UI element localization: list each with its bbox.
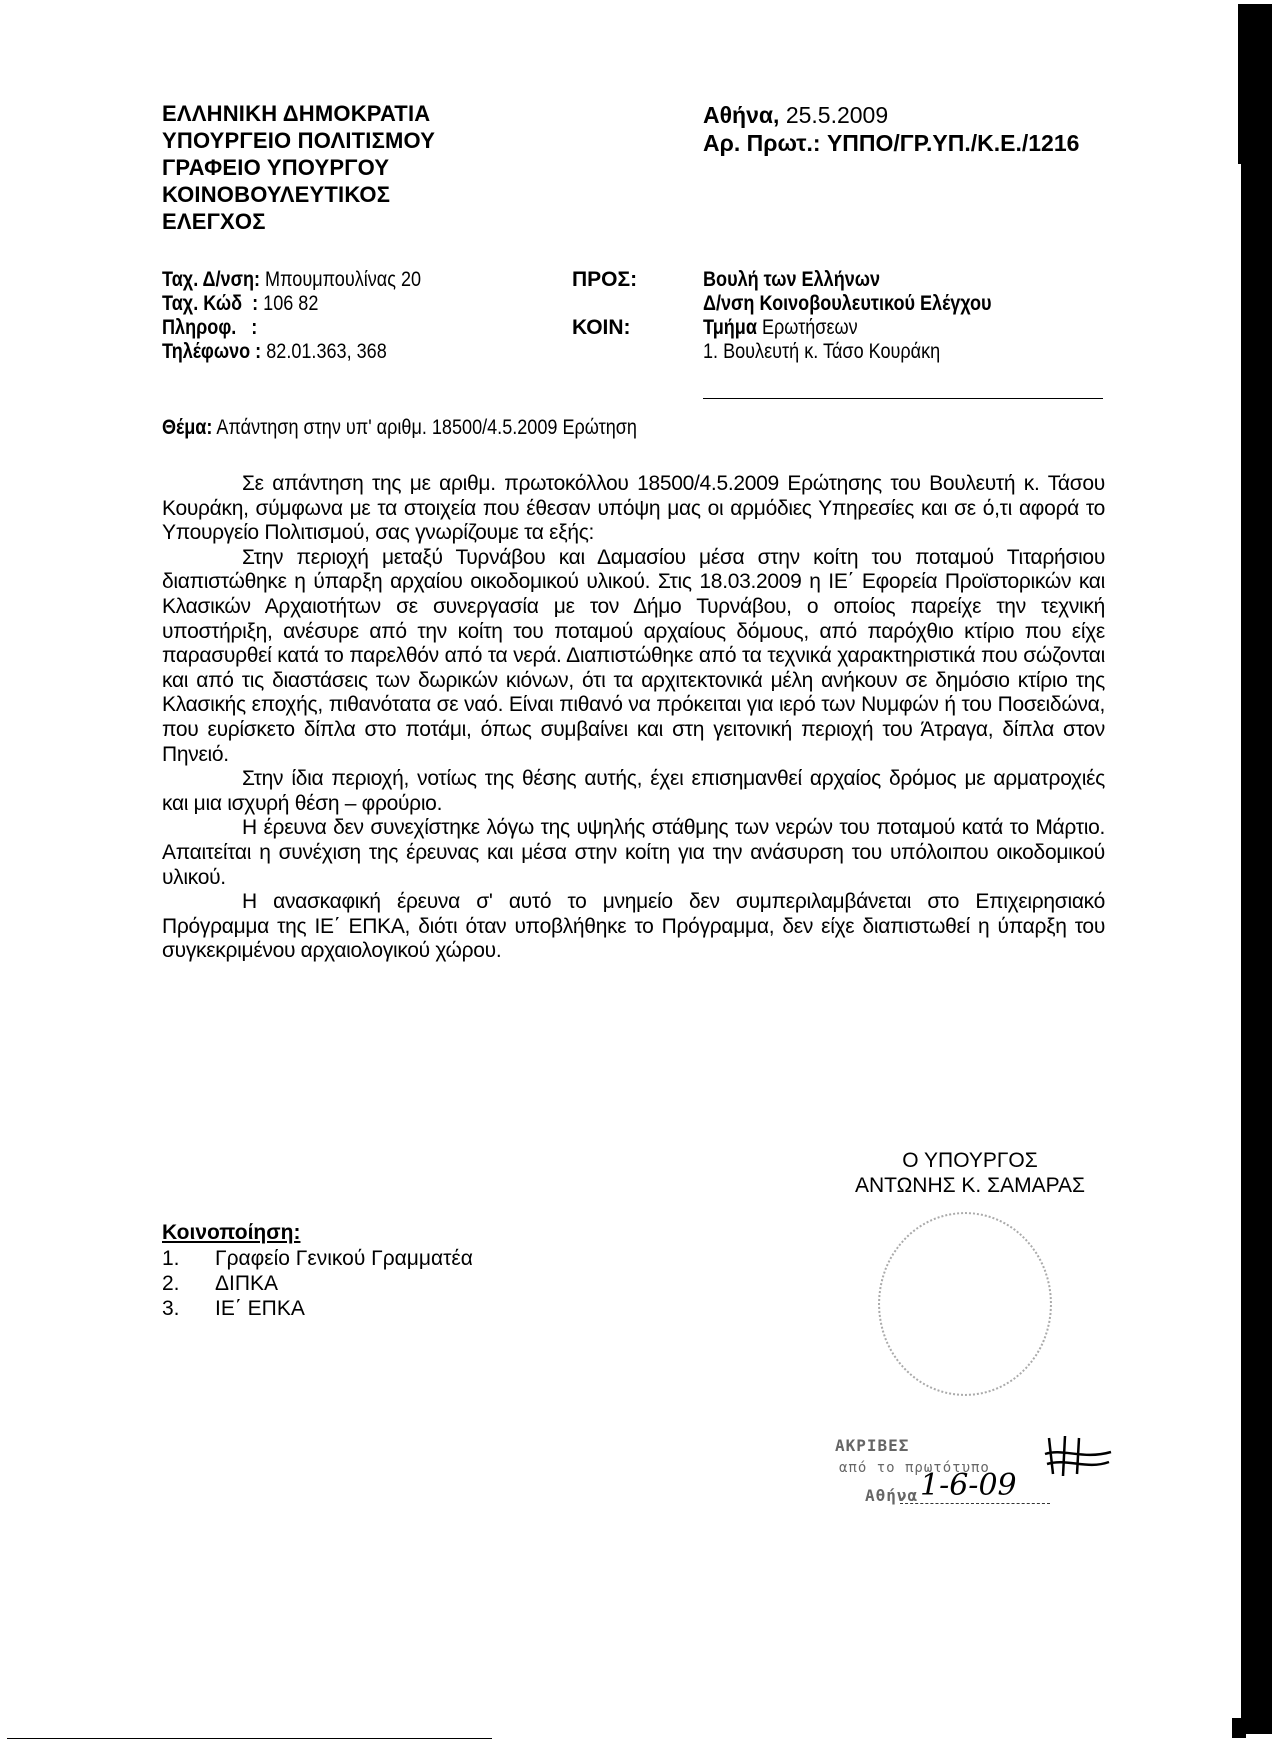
scan-corner: [1232, 1718, 1246, 1738]
signature-block: Ο ΥΠΟΥΡΓΟΣ ΑΝΤΩΝΗΣ Κ. ΣΑΜΑΡΑΣ: [820, 1148, 1120, 1198]
stamp-line-1: ΑΚΡΙΒΕΣ: [835, 1436, 909, 1455]
info-label: Πληροφ. :: [162, 316, 257, 339]
signature-title: Ο ΥΠΟΥΡΓΟΣ: [820, 1148, 1120, 1173]
dateline: Αθήνα, 25.5.2009 Αρ. Πρωτ.: ΥΠΠΟ/ΓΡ.ΥΠ./…: [703, 101, 1079, 157]
signature-name: ΑΝΤΩΝΗΣ Κ. ΣΑΜΑΡΑΣ: [820, 1173, 1120, 1198]
contact-block: Ταχ. Δ/νση: Μπουμπουλίνας 20 Ταχ. Κώδ : …: [162, 268, 542, 364]
subject-label: Θέμα:: [162, 416, 212, 439]
body-paragraph: Η έρευνα δεν συνεχίστηκε λόγω της υψηλής…: [162, 816, 1105, 890]
address-value: Μπουμπουλίνας 20: [265, 268, 421, 291]
to-label: ΠΡΟΣ:: [572, 268, 637, 292]
handwritten-date: 1-6-09: [920, 1468, 1017, 1503]
recipients-underline: [703, 398, 1103, 399]
address-label: Ταχ. Δ/νση:: [162, 268, 260, 291]
phone-value: 82.01.363, 368: [266, 340, 387, 363]
dept-bold: Τμήμα: [703, 316, 757, 339]
initials-signature-icon: [1043, 1430, 1113, 1480]
to-line: Βουλή των Ελλήνων: [703, 268, 880, 292]
date-row: Αθήνα, 25.5.2009: [703, 101, 1079, 129]
date-value: 25.5.2009: [786, 102, 888, 128]
subject-text: Απάντηση στην υπ' αριθμ. 18500/4.5.2009 …: [216, 416, 637, 439]
body-paragraph: Σε απάντηση της με αριθμ. πρωτοκόλλου 18…: [162, 472, 1105, 546]
sender-line: ΥΠΟΥΡΓΕΙΟ ΠΟΛΙΤΙΣΜΟΥ: [162, 127, 632, 154]
distribution-item: 3.ΙΕ΄ ΕΠΚΑ: [162, 1296, 473, 1321]
cc-line: 1. Βουλευτή κ. Τάσο Κουράκη: [703, 340, 940, 364]
postcode-label: Ταχ. Κώδ :: [162, 292, 258, 315]
official-seal: [878, 1212, 1052, 1396]
sender-line: ΓΡΑΦΕΙΟ ΥΠΟΥΡΓΟΥ: [162, 154, 632, 181]
distribution-item: 1.Γραφείο Γενικού Γραμματέα: [162, 1246, 473, 1271]
place-label: Αθήνα,: [703, 102, 779, 128]
phone-label: Τηλέφωνο :: [162, 340, 261, 363]
protocol-value: ΥΠΠΟ/ΓΡ.ΥΠ./Κ.Ε./1216: [827, 130, 1079, 156]
postcode-value: 106 82: [263, 292, 318, 315]
letter-body: Σε απάντηση της με αριθμ. πρωτοκόλλου 18…: [162, 472, 1105, 964]
body-paragraph: Στην περιοχή μεταξύ Τυρνάβου και Δαμασίο…: [162, 546, 1105, 767]
recipients-block: Βουλή των Ελλήνων Δ/νση Κοινοβουλευτικού…: [703, 268, 1123, 364]
cc-label: ΚΟΙΝ:: [572, 316, 631, 340]
distribution-item: 2.ΔΙΠΚΑ: [162, 1271, 473, 1296]
body-paragraph: Η ανασκαφική έρευνα σ' αυτό το μνημείο δ…: [162, 890, 1105, 964]
scan-bottom-line: [7, 1738, 492, 1739]
sender-line: ΕΛΛΗΝΙΚΗ ΔΗΜΟΚΡΑΤΙΑ: [162, 100, 632, 127]
sender-line: ΕΛΕΓΧΟΣ: [162, 208, 632, 235]
protocol-row: Αρ. Πρωτ.: ΥΠΠΟ/ΓΡ.ΥΠ./Κ.Ε./1216: [703, 129, 1079, 157]
distribution-title: Κοινοποίηση:: [162, 1220, 473, 1246]
sender-line: ΚΟΙΝΟΒΟΥΛΕΥΤΙΚΟΣ: [162, 181, 632, 208]
to-line: Δ/νση Κοινοβουλευτικού Ελέγχου: [703, 292, 992, 316]
protocol-label: Αρ. Πρωτ.:: [703, 130, 821, 156]
sender-block: ΕΛΛΗΝΙΚΗ ΔΗΜΟΚΡΑΤΙΑ ΥΠΟΥΡΓΕΙΟ ΠΟΛΙΤΙΣΜΟΥ…: [162, 100, 632, 235]
subject-line: Θέμα: Απάντηση στην υπ' αριθμ. 18500/4.5…: [162, 416, 714, 440]
scan-edge-bar-top: [1238, 4, 1244, 164]
scan-edge-bar: [1241, 4, 1272, 1734]
distribution-block: Κοινοποίηση: 1.Γραφείο Γενικού Γραμματέα…: [162, 1220, 473, 1321]
dept-rest: Ερωτήσεων: [762, 316, 858, 339]
body-paragraph: Στην ίδια περιοχή, νοτίως της θέσης αυτή…: [162, 767, 1105, 816]
handwritten-date-underline: [900, 1503, 1050, 1504]
